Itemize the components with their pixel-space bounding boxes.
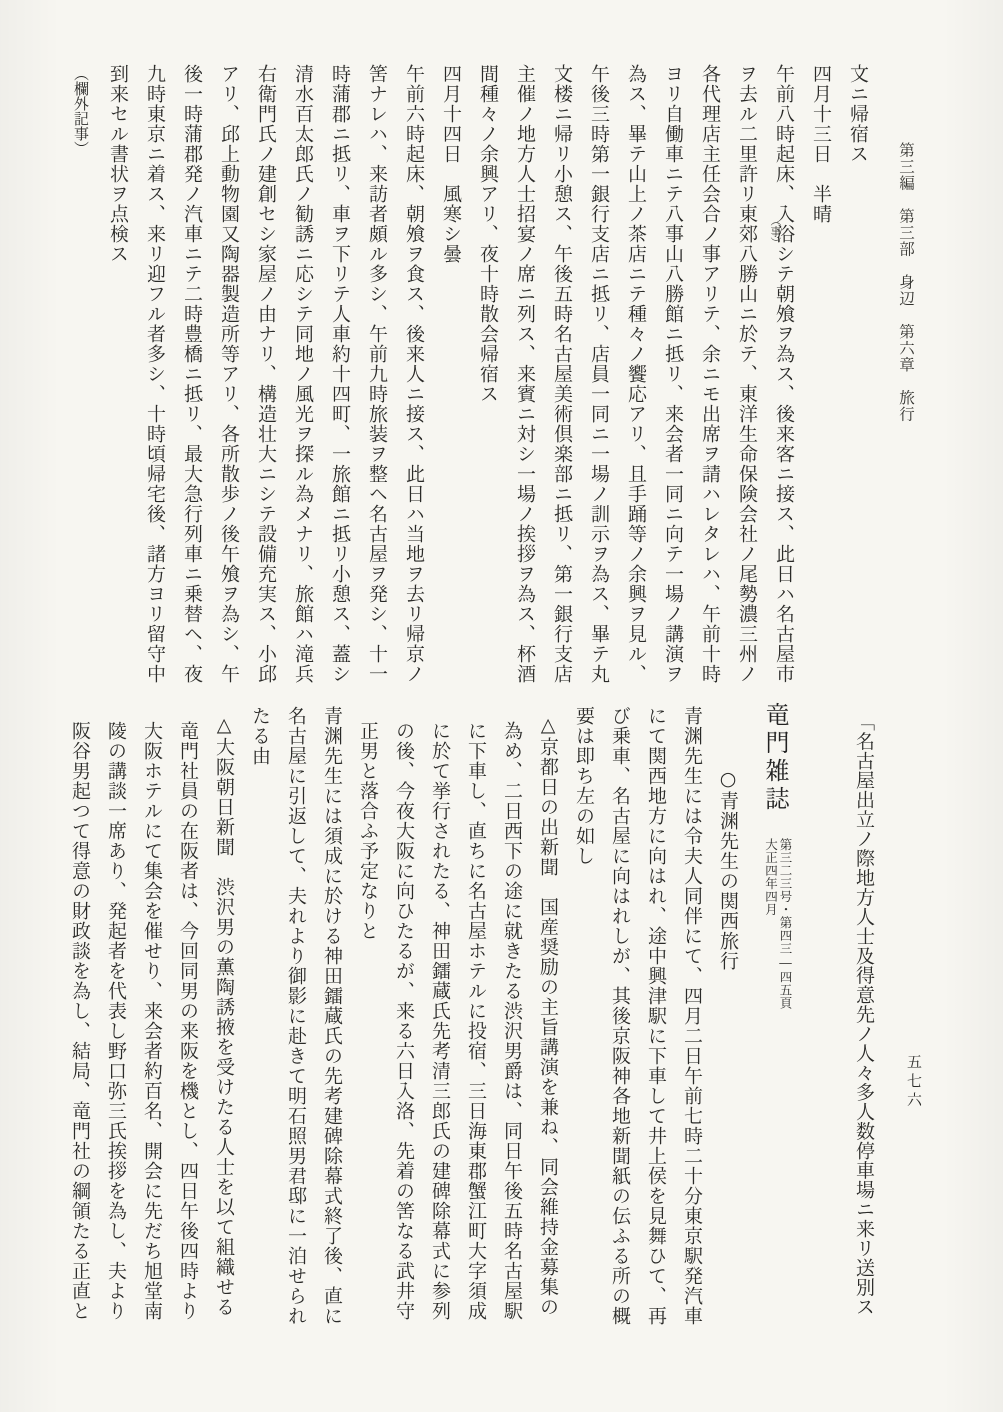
- magazine-issue-block: 第三二三号・第四三―四五頁 大正四年四月: [763, 838, 792, 1010]
- diary-line: 文ニ帰宿ス: [839, 64, 876, 692]
- diary-line: 右衛門氏ノ建創セシ家屋ノ由ナリ、構造壮大ニシテ設備充実ス、小邱: [247, 64, 284, 692]
- diary-line: 清水百太郎氏ノ勧誘ニ応シテ同地ノ風光ヲ探ル為メナリ、旅館ハ滝兵: [284, 64, 321, 692]
- margin-note: （欄外記事）: [62, 64, 99, 692]
- magazine-quote-line: 為め、二日西下の途に就きたる渋沢男爵は、同日午後五時名古屋駅: [494, 706, 530, 1332]
- magazine-line: 名古屋に引返して、夫れより御影に赴きて明石照男君邸に一泊せられ: [278, 706, 314, 1332]
- magazine-quote-line: △大阪朝日新聞 渋沢男の薫陶誘掖を受けたる人士を以て組織せる: [206, 706, 242, 1332]
- magazine-quote-line: に於て挙行されたる、神田鐳蔵氏先考清三郎氏の建碑除幕式に参列: [422, 706, 458, 1332]
- magazine-section: ○青渊先生の関西旅行 青渊先生には令夫人同伴にて、四月二日午前七時二十分東京駅発…: [62, 706, 746, 1332]
- magazine-line: たる由: [242, 706, 278, 1332]
- diary-line: ヨリ自働車ニテ八事山八勝館ニ抵リ、来会者一同ニ向テ一場ノ講演ヲ: [654, 64, 691, 692]
- diary-line: 間種々ノ余興アリ、夜十時散会帰宿ス: [469, 64, 506, 692]
- diary-line: 筈ナレハ、来訪者頗ル多シ、午前九時旅装ヲ整ヘ名古屋ヲ発シ、十一: [358, 64, 395, 692]
- diary-line: 時蒲郡ニ抵リ、車ヲ下リテ人車約十四町、一旅館ニ抵リ小憩ス、蓋シ: [321, 64, 358, 692]
- diary-line: 後一時蒲郡発ノ汽車ニテ二時豊橋ニ抵リ、最大急行列車ニ乗替ヘ、夜: [173, 64, 210, 692]
- article-heading: ○青渊先生の関西旅行: [710, 706, 746, 1332]
- diary-date-heading: 四月十三日 半晴: [802, 64, 839, 692]
- running-head: 第三編 第三部 身辺 第六章 旅行: [895, 142, 917, 423]
- magazine-title: 竜門雑誌: [758, 702, 793, 814]
- diary-line: 午前八時起床、入浴シテ朝飧ヲ為ス、後来客ニ接ス、此日ハ名古屋市: [765, 64, 802, 692]
- diary-line: 到来セル書状ヲ点検ス: [99, 64, 136, 692]
- magazine-quote-line: △京都日の出新聞 国産奨励の主旨講演を兼ね、同会維持金募集の: [530, 706, 566, 1332]
- diary-line: 九時東京ニ着ス、来リ迎フル者多シ、十時頃帰宅後、諸方ヨリ留守中: [136, 64, 173, 692]
- magazine-quote-line: に下車し、直ちに名古屋ホテルに投宿、三日海東郡蟹江町大字須成: [458, 706, 494, 1332]
- magazine-quote-line: 竜門社員の在阪者は、今回同男の来阪を機とし、四日午後四時より: [170, 706, 206, 1332]
- magazine-line: び乗車、名古屋に向はれしが、其後京阪神各地新聞紙の伝ふる所の概: [602, 706, 638, 1332]
- magazine-line: にて関西地方に向はれ、途中興津駅に下車して井上侯を見舞ひて、再: [638, 706, 674, 1332]
- magazine-quote-line: の後、今夜大阪に向ひたるが、来る六日入洛、先着の筈なる武井守: [386, 706, 422, 1332]
- diary-line: 午前六時起床、朝飧ヲ食ス、後来人ニ接ス、此日ハ当地ヲ去リ帰京ノ: [395, 64, 432, 692]
- page-number: 五七六: [904, 1054, 925, 1111]
- magazine-headnote: 「名古屋出立ノ際地方人士及得意先ノ人々多人数停車場ニ来リ送別ス: [851, 712, 878, 1317]
- diary-line: 文楼ニ帰リ小憩ス、午後五時名古屋美術倶楽部ニ抵リ、第一銀行支店: [543, 64, 580, 692]
- diary-line: 主催ノ地方人士招宴ノ席ニ列ス、来賓ニ対シ一場ノ挨拶ヲ為ス、杯酒: [506, 64, 543, 692]
- magazine-line: 青渊先生には令夫人同伴にて、四月二日午前七時二十分東京駅発汽車: [674, 706, 710, 1332]
- diary-line: アリ、邱上動物園又陶器製造所等アリ、各所散歩ノ後午飧ヲ為シ、午: [210, 64, 247, 692]
- scanned-page: 第三編 第三部 身辺 第六章 旅行 文ニ帰宿ス 四月十三日 半晴 午前八時起床、…: [0, 0, 1003, 1412]
- magazine-issue: 第三二三号・第四三―四五頁: [778, 838, 793, 1010]
- diary-line: ヲ去ル二里許リ東郊八勝山ニ於テ、東洋生命保険会社ノ尾勢濃三州ノ: [728, 64, 765, 692]
- diary-section: 文ニ帰宿ス 四月十三日 半晴 午前八時起床、入浴シテ朝飧ヲ為ス、後来客ニ接ス、此…: [62, 64, 876, 692]
- diary-date-heading: 四月十四日 風寒シ曇: [432, 64, 469, 692]
- magazine-line: 青渊先生には須成に於ける神田鐳蔵氏の先考建碑除幕式終了後、直に: [314, 706, 350, 1332]
- magazine-quote-line: 大阪ホテルにて集会を催せり、来会者約百名、開会に先だち旭堂南: [134, 706, 170, 1332]
- diary-line: 為ス、畢テ山上ノ茶店ニテ種々ノ饗応アリ、且手踊等ノ余興ヲ見ル、: [617, 64, 654, 692]
- diary-line: 各代理店主任会合ノ事アリテ、余ニモ出席ヲ請ハレタレハ、午前十時: [691, 64, 728, 692]
- magazine-quote-line: 阪谷男起つて得意の財政談を為し、結局、竜門社の綱領たる正直と: [62, 706, 98, 1332]
- magazine-date: 大正四年四月: [763, 838, 778, 1010]
- magazine-quote-line: 陵の講談一席あり、発起者を代表し野口弥三氏挨拶を為し、夫より: [98, 706, 134, 1332]
- diary-line: 午後三時第一銀行支店ニ抵リ、店員一同ニ一場ノ訓示ヲ為ス、畢テ丸: [580, 64, 617, 692]
- magazine-quote-line: 正男と落合ふ予定なりと: [350, 706, 386, 1332]
- side-gloss: （事）: [767, 215, 783, 248]
- magazine-line: 要は即ち左の如し: [566, 706, 602, 1332]
